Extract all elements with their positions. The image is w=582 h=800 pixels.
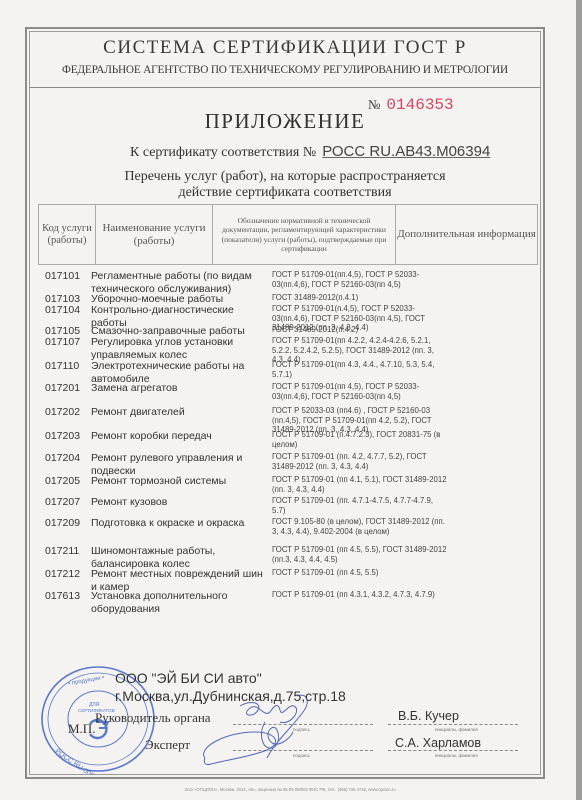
expert-name-hint: инициалы, фамилия bbox=[435, 753, 478, 758]
service-code: 017104 bbox=[45, 304, 80, 316]
table-header: Код услуги (работы) Наименование услуги … bbox=[38, 204, 538, 265]
service-name: Ремонт двигателей bbox=[91, 406, 267, 419]
column-header-info: Дополнительная информация bbox=[396, 205, 537, 264]
service-code: 017203 bbox=[45, 430, 80, 442]
expert-label: Эксперт bbox=[145, 737, 190, 753]
organization-name: ООО "ЭЙ БИ СИ авто" bbox=[115, 669, 346, 687]
service-documentation: ГОСТ Р 51709-01(пп.4,5), ГОСТ Р 52033-03… bbox=[272, 270, 447, 289]
service-code: 017205 bbox=[45, 475, 80, 487]
list-title-line-2: действие сертификата соответствия bbox=[29, 185, 541, 201]
service-documentation: ГОСТ Р 51709-01 (пп 4.1, 5.1), ГОСТ 3148… bbox=[272, 475, 447, 494]
appendix-title: ПРИЛОЖЕНИЕ bbox=[29, 109, 541, 134]
printer-info: ЗАО «ОПЦИОН», Москва, 2014, «Б», лицензи… bbox=[110, 787, 470, 792]
handwritten-signature-icon bbox=[195, 692, 335, 772]
service-code: 017107 bbox=[45, 336, 80, 348]
column-header-documentation: Обозначение нормативной и технической до… bbox=[213, 205, 396, 264]
list-title: Перечень услуг (работ), на которые распр… bbox=[29, 169, 541, 201]
service-documentation: ГОСТ 9.105-80 (в целом), ГОСТ 31489-2012… bbox=[272, 517, 447, 536]
service-code: 017211 bbox=[45, 545, 79, 557]
service-name: Ремонт коробки передач bbox=[91, 430, 267, 443]
certificate-reference: К сертификату соответствия №РОСС RU.АВ43… bbox=[130, 143, 490, 161]
column-header-name: Наименование услуги (работы) bbox=[96, 205, 213, 264]
service-documentation: ГОСТ Р 51709-01(пп 4.3, 4.4., 4.7.10, 5.… bbox=[272, 360, 447, 379]
agency-name: ФЕДЕРАЛЬНОЕ АГЕНТСТВО ПО ТЕХНИЧЕСКОМУ РЕ… bbox=[29, 64, 541, 76]
service-name: Регулировка углов установки управляемых … bbox=[91, 336, 267, 362]
expert-name-line bbox=[388, 750, 518, 752]
head-name-line bbox=[388, 724, 518, 726]
service-documentation: ГОСТ Р 51709-01 (пп. 4.2, 4.7.7, 5.2), Г… bbox=[272, 452, 447, 471]
head-label: Руководитель органа bbox=[95, 710, 211, 726]
service-code: 017202 bbox=[45, 406, 80, 418]
service-code: 017209 bbox=[45, 517, 80, 529]
header-divider bbox=[29, 87, 541, 88]
certificate-number: РОСС RU.АВ43.М06394 bbox=[322, 143, 490, 160]
service-documentation: ГОСТ 31489-2012(п.4.1) bbox=[272, 293, 447, 303]
service-documentation: ГОСТ Р 51709-01 (пп. 4.7.1-4.7.5, 4.7.7-… bbox=[272, 496, 447, 515]
service-name: Подготовка к окраске и окраска bbox=[91, 517, 267, 530]
head-name: В.Б. Кучер bbox=[398, 709, 459, 723]
service-name: Установка дополнительного оборудования bbox=[91, 590, 267, 616]
service-documentation: ГОСТ Р 51709-01 (пп 4.5, 5.5), ГОСТ 3148… bbox=[272, 545, 447, 564]
system-title: СИСТЕМА СЕРТИФИКАЦИИ ГОСТ Р bbox=[29, 37, 541, 59]
service-documentation: ГОСТ 31489-2012(п.4.2) bbox=[272, 325, 447, 335]
service-code: 017613 bbox=[45, 590, 80, 602]
service-code: 017207 bbox=[45, 496, 80, 508]
service-name: Ремонт тормозной системы bbox=[91, 475, 267, 488]
service-code: 017204 bbox=[45, 452, 80, 464]
certificate-label: К сертификату соответствия № bbox=[130, 145, 316, 160]
service-code: 017201 bbox=[45, 382, 80, 394]
head-name-hint: инициалы, фамилия bbox=[435, 727, 478, 732]
svg-text:• продукции •: • продукции • bbox=[68, 675, 105, 687]
service-documentation: ГОСТ Р 51709-01 (п.4.7.2.3), ГОСТ 20831-… bbox=[272, 430, 447, 449]
list-title-line-1: Перечень услуг (работ), на которые распр… bbox=[29, 169, 541, 185]
service-documentation: ГОСТ Р 51709-01 (пп 4.5, 5.5) bbox=[272, 568, 447, 578]
service-code: 017101 bbox=[45, 270, 80, 282]
column-header-code: Код услуги (работы) bbox=[39, 205, 96, 264]
scan-edge-shadow bbox=[576, 0, 582, 800]
service-code: 017110 bbox=[45, 360, 79, 372]
seal-label: М.П. bbox=[68, 721, 95, 737]
expert-name: С.А. Харламов bbox=[395, 736, 481, 750]
service-name: Ремонт кузовов bbox=[91, 496, 267, 509]
service-code: 017212 bbox=[45, 568, 80, 580]
service-documentation: ГОСТ Р 51709-01(пп 4,5), ГОСТ Р 52033-03… bbox=[272, 382, 447, 401]
service-documentation: ГОСТ Р 51709-01 (пп 4.3.1, 4.3.2, 4.7.3,… bbox=[272, 590, 447, 600]
service-name: Замена агрегатов bbox=[91, 382, 267, 395]
